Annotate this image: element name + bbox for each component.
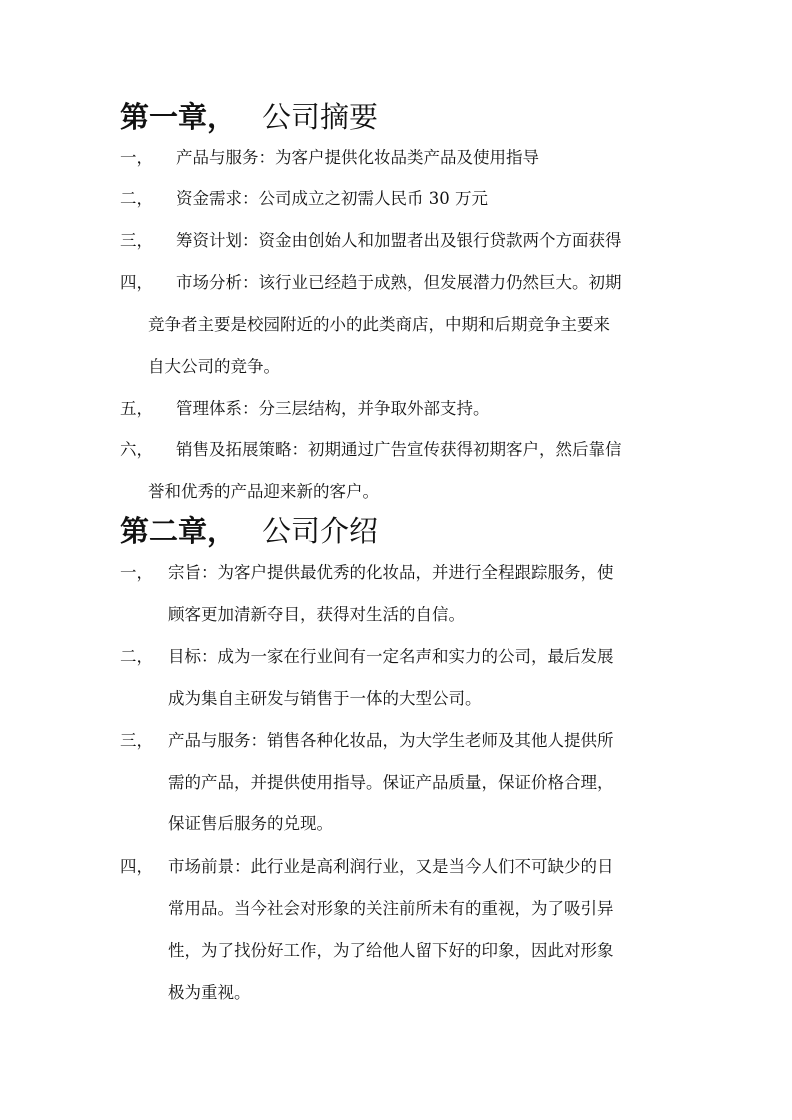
item-text: 产品与服务：销售各种化妆品，为大学生老师及其他人提供所 (168, 729, 614, 753)
item-text: 誉和优秀的产品迎来新的客户。 (148, 480, 379, 504)
item-number: 四， (120, 271, 153, 295)
chapter-title: 公司摘要 (262, 97, 378, 137)
item-text: 市场分析：该行业已经趋于成熟，但发展潜力仍然巨大。初期 (176, 271, 622, 295)
item-number: 三， (120, 229, 153, 253)
item-number: 四， (120, 855, 153, 879)
item-number: 二， (120, 645, 153, 669)
item-text: 极为重视。 (168, 981, 251, 1005)
item-text: 竞争者主要是校园附近的小的此类商店，中期和后期竞争主要来 (148, 313, 610, 337)
item-text: 市场前景：此行业是高利润行业，又是当今人们不可缺少的日 (168, 855, 614, 879)
item-text: 资金需求：公司成立之初需人民币 30 万元 (176, 187, 488, 211)
chapter-title: 公司介绍 (262, 511, 378, 551)
item-text: 产品与服务：为客户提供化妆品类产品及使用指导 (176, 146, 539, 170)
item-number: 三， (120, 729, 153, 753)
item-text: 自大公司的竞争。 (148, 355, 280, 379)
item-text: 保证售后服务的兑现。 (168, 812, 333, 836)
item-text: 常用品。当今社会对形象的关注前所未有的重视，为了吸引异 (168, 897, 614, 921)
item-number: 六， (120, 438, 153, 462)
item-text: 目标：成为一家在行业间有一定名声和实力的公司，最后发展 (168, 645, 614, 669)
item-number: 一， (120, 561, 153, 585)
item-number: 二， (120, 187, 153, 211)
item-text: 性，为了找份好工作，为了给他人留下好的印象，因此对形象 (168, 939, 614, 963)
item-text: 成为集自主研发与销售于一体的大型公司。 (168, 687, 482, 711)
item-text: 筹资计划：资金由创始人和加盟者出及银行贷款两个方面获得 (176, 229, 622, 253)
item-text: 宗旨：为客户提供最优秀的化妆品，并进行全程跟踪服务，使 (168, 561, 614, 585)
chapter-number: 第一章， (120, 97, 236, 137)
document-page: 第一章， 公司摘要 一， 产品与服务：为客户提供化妆品类产品及使用指导 二， 资… (0, 0, 792, 1120)
item-text: 需的产品，并提供使用指导。保证产品质量，保证价格合理， (168, 771, 614, 795)
chapter-number: 第二章， (120, 511, 236, 551)
item-text: 顾客更加清新夺目，获得对生活的自信。 (168, 603, 465, 627)
item-number: 一， (120, 146, 153, 170)
item-text: 管理体系：分三层结构，并争取外部支持。 (176, 397, 490, 421)
item-text: 销售及拓展策略：初期通过广告宣传获得初期客户，然后靠信 (176, 438, 622, 462)
item-number: 五， (120, 397, 153, 421)
